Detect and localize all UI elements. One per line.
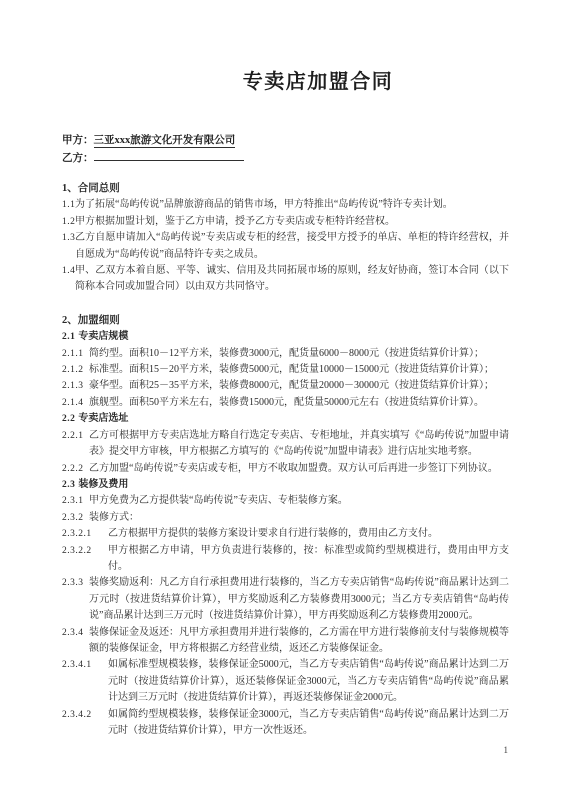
clause-number: 2.3.4.1	[62, 657, 92, 673]
page-number: 1	[504, 745, 509, 755]
clause-number: 2.2.2	[62, 461, 84, 477]
clause-number: 2.3.2.1	[62, 526, 92, 542]
clause-number: 2.3.2.2	[62, 543, 92, 559]
clause-text: 甲方根据乙方申请，甲方负责进行装修的，按：标准型或简约型规模进行，费用由甲方支付…	[108, 545, 509, 572]
clause-text: 甲、乙双方本着自愿、平等、诚实、信用及共同拓展市场的原则，经友好协商，签订本合同…	[75, 265, 509, 292]
clause-item: 2.3.1甲方免费为乙方提供装“岛屿传说”专卖店、专柜装修方案。	[62, 493, 509, 509]
parties-block: 甲方：三亚xxx旅游文化开发有限公司 乙方：	[62, 132, 566, 167]
clause-text: 如属简约型规模装修，装修保证金3000元，当乙方专卖店销售“岛屿传说”商品累计达…	[108, 709, 509, 736]
clause-item: 2.3.2装修方式：	[62, 510, 509, 526]
clause-item: 2.2.2乙方加盟“岛屿传说”专卖店或专柜，甲方不收取加盟费。双方认可后再进一步…	[62, 461, 509, 477]
clause-number: 2.2	[62, 414, 75, 424]
clause-text: 简约型。面积10－12平方米，装修费3000元，配货量6000－8000元（按进…	[89, 348, 484, 359]
clause-text: 乙方根据甲方提供的装修方案设计要求自行进行装修的，费用由乙方支付。	[108, 528, 438, 539]
clause-text: 为了拓展“岛屿传说”品牌旅游商品的销售市场，甲方特推出“岛屿传说”特许专卖计划。	[75, 199, 453, 210]
clause-item: 2.3.2.1乙方根据甲方提供的装修方案设计要求自行进行装修的，费用由乙方支付。	[62, 526, 509, 542]
clause-number: 2.1.1	[62, 346, 84, 362]
clause-item: 2.1.3豪华型。面积25－35平方米，装修费8000元，配货量20000－30…	[62, 378, 509, 394]
clause-number: 2.3.3	[62, 575, 84, 591]
party-b-label: 乙方：	[62, 153, 94, 164]
clause-number: 2.1.4	[62, 395, 84, 411]
party-b-blank-underline	[94, 149, 244, 161]
contract-body: 1、合同总则1.1为了拓展“岛屿传说”品牌旅游商品的销售市场，甲方特推出“岛屿传…	[62, 181, 509, 739]
clause-text: 如属标准型规模装修，装修保证金5000元，当乙方专卖店销售“岛屿传说”商品累计达…	[108, 659, 509, 703]
clause-item: 2.1.4旗舰型。面积50平方米左右，装修费15000元，配货量50000元左右…	[62, 395, 509, 411]
clause-item: 2.1.1简约型。面积10－12平方米，装修费3000元，配货量6000－800…	[62, 346, 509, 362]
clause-text: 旗舰型。面积50平方米左右，装修费15000元，配货量50000元左右（按进货结…	[89, 397, 484, 408]
clause-text: 装修保证金及返还：凡甲方承担费用并进行装修的，乙方需在甲方进行装修前支付与装修规…	[89, 627, 509, 654]
clause-text: 装修方式：	[89, 512, 139, 523]
clause-text: 甲方免费为乙方提供装“岛屿传说”专卖店、专柜装修方案。	[89, 495, 348, 506]
clause-item: 1.4甲、乙双方本着自愿、平等、诚实、信用及共同拓展市场的原则，经友好协商，签订…	[62, 263, 509, 296]
clause-item: 2.3.4.2如属简约型规模装修，装修保证金3000元，当乙方专卖店销售“岛屿传…	[62, 707, 509, 740]
clause-number: 2.1.2	[62, 362, 84, 378]
clause-number: 2.3	[62, 480, 75, 490]
clause-text: 乙方加盟“岛屿传说”专卖店或专柜，甲方不收取加盟费。双方认可后再进一步签订下列协…	[89, 463, 498, 474]
clause-subheading: 2.2专卖店选址	[62, 411, 509, 427]
clause-item: 2.2.1乙方可根据甲方专卖店选址方略自行选定专卖店、专柜地址，并真实填写《“岛…	[62, 428, 509, 461]
page-title: 专卖店加盟合同	[70, 70, 566, 94]
party-a-label: 甲方：	[62, 135, 94, 146]
clause-number: 2.3.2	[62, 510, 84, 526]
clause-number: 2.1	[62, 332, 75, 342]
clause-text: 甲方根据加盟计划，鉴于乙方申请，授予乙方专卖店或专柜特许经营权。	[75, 216, 395, 227]
clause-text: 乙方可根据甲方专卖店选址方略自行选定专卖店、专柜地址，并真实填写《“岛屿传说”加…	[89, 430, 509, 457]
clause-item: 2.3.3装修奖励返利：凡乙方自行承担费用进行装修的，当乙方专卖店销售“岛屿传说…	[62, 575, 509, 624]
section-heading: 1、合同总则	[62, 181, 509, 197]
clause-text: 装修及费用	[78, 479, 128, 490]
clause-item: 2.3.2.2甲方根据乙方申请，甲方负责进行装修的，按：标准型或简约型规模进行，…	[62, 543, 509, 576]
party-a-line: 甲方：三亚xxx旅游文化开发有限公司	[62, 132, 566, 149]
clause-number: 2.1.3	[62, 378, 84, 394]
clause-text: 装修奖励返利：凡乙方自行承担费用进行装修的，当乙方专卖店销售“岛屿传说”商品累计…	[89, 577, 509, 621]
clause-number: 2.3.4	[62, 625, 84, 641]
clause-number: 1.4	[62, 263, 75, 279]
clause-number: 2.2.1	[62, 428, 84, 444]
clause-subheading: 2.3装修及费用	[62, 477, 509, 493]
clause-number: 2.3.4.2	[62, 707, 92, 723]
clause-number: 2.3.1	[62, 493, 84, 509]
contract-document-page: 专卖店加盟合同 甲方：三亚xxx旅游文化开发有限公司 乙方： 1、合同总则1.1…	[0, 0, 566, 800]
clause-item: 2.3.4装修保证金及返还：凡甲方承担费用并进行装修的，乙方需在甲方进行装修前支…	[62, 625, 509, 658]
clause-number: 1.1	[62, 197, 75, 213]
clause-text: 专卖店规模	[78, 331, 128, 342]
clause-item: 1.3乙方自愿申请加入“岛屿传说”专卖店或专柜的经营，接受甲方授予的单店、单柜的…	[62, 230, 509, 263]
clause-text: 专卖店选址	[78, 413, 128, 424]
party-b-line: 乙方：	[62, 149, 566, 167]
clause-subheading: 2.1专卖店规模	[62, 329, 509, 345]
clause-text: 乙方自愿申请加入“岛屿传说”专卖店或专柜的经营，接受甲方授予的单店、单柜的特许经…	[75, 232, 509, 259]
clause-text: 标准型。面积15－20平方米，装修费5000元，配货量10000－15000元（…	[89, 364, 494, 375]
clause-item: 2.3.4.1如属标准型规模装修，装修保证金5000元，当乙方专卖店销售“岛屿传…	[62, 657, 509, 706]
section-heading: 2、加盟细则	[62, 313, 509, 329]
clause-number: 1.3	[62, 230, 75, 246]
clause-number: 1.2	[62, 214, 75, 230]
clause-item: 1.1为了拓展“岛屿传说”品牌旅游商品的销售市场，甲方特推出“岛屿传说”特许专卖…	[62, 197, 509, 213]
party-a-value: 三亚xxx旅游文化开发有限公司	[94, 135, 236, 148]
clause-item: 2.1.2标准型。面积15－20平方米，装修费5000元，配货量10000－15…	[62, 362, 509, 378]
clause-text: 豪华型。面积25－35平方米，装修费8000元，配货量20000－30000元（…	[89, 380, 494, 391]
clause-item: 1.2甲方根据加盟计划，鉴于乙方申请，授予乙方专卖店或专柜特许经营权。	[62, 214, 509, 230]
